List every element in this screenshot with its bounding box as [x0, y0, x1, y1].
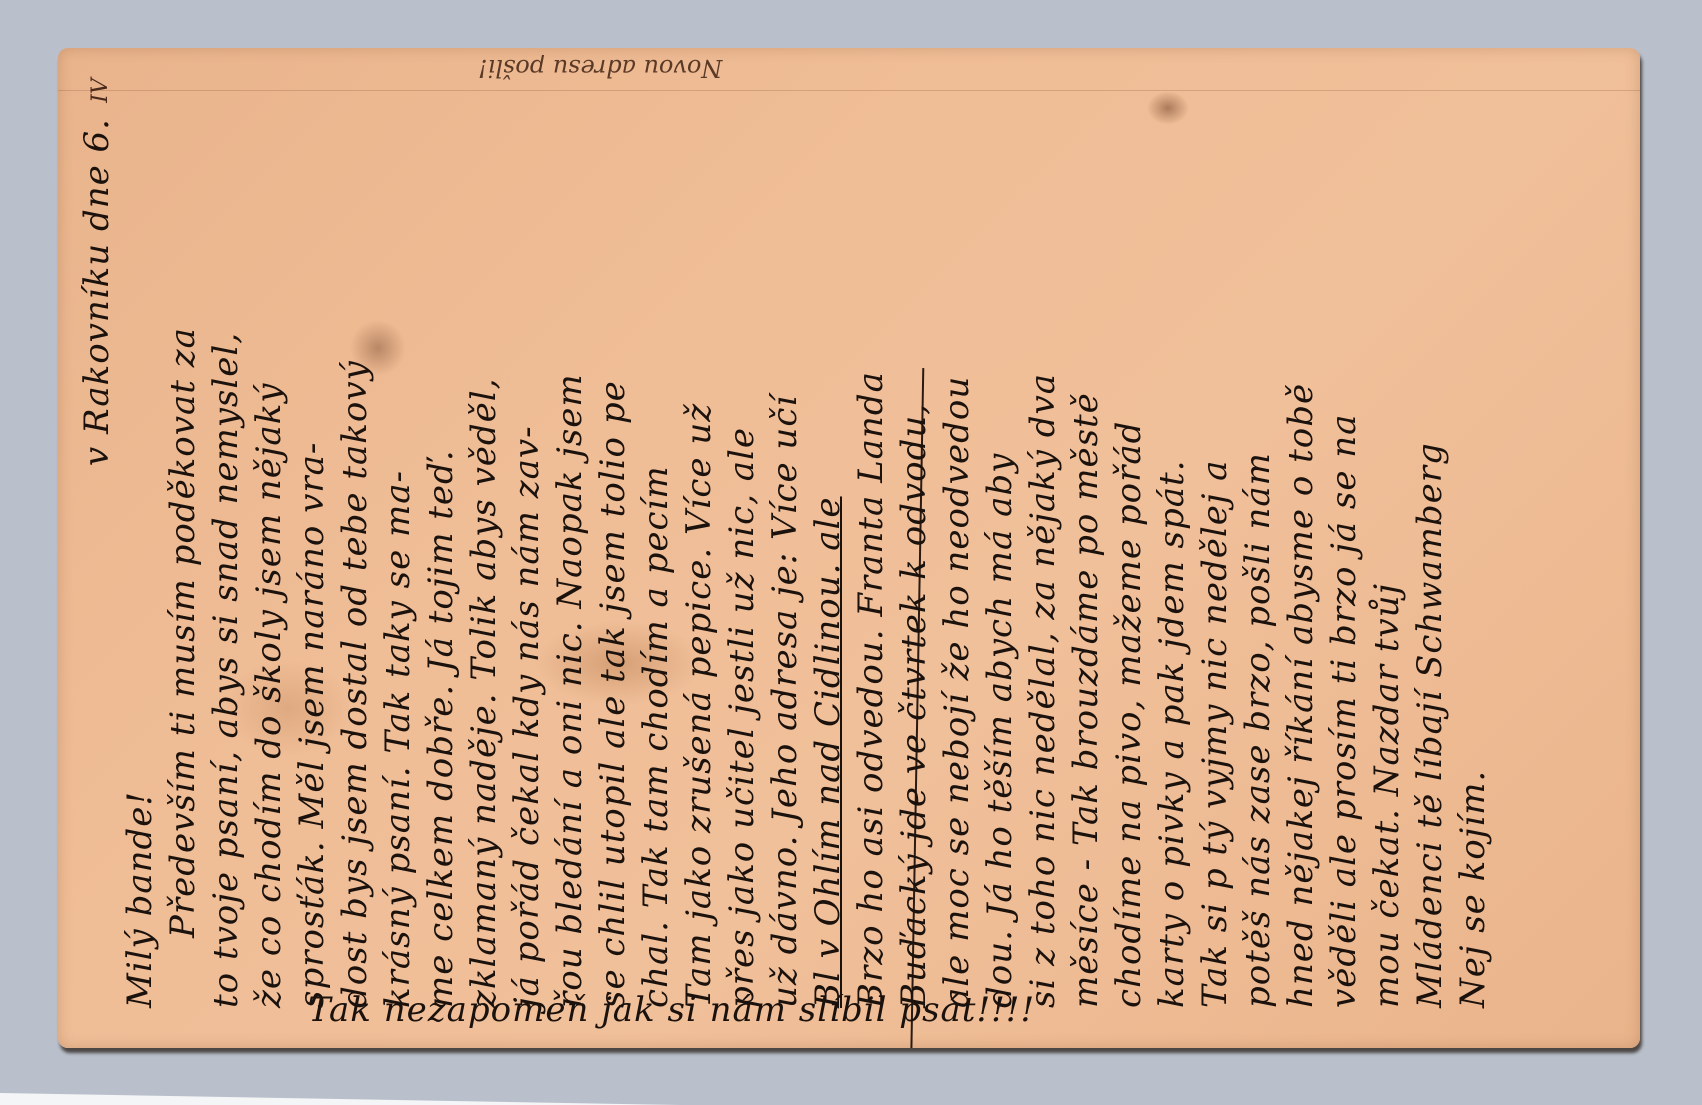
letter-line: Brzo ho asi odvedou. Franta Landa — [850, 78, 893, 1008]
letter-line: si z toho nic nedělal, za nějaký dva — [1022, 78, 1065, 1008]
letter-line: Především ti musím poděkovat za — [162, 78, 205, 1008]
letter-line: řou bledání a oni nic. Naopak jsem — [549, 78, 592, 1008]
letter-line: se chlil utopil ale tak jsem tolio pe — [592, 78, 635, 1008]
letter-line: me celkem dobře. Já tojim teď. — [420, 78, 463, 1008]
letter-line: hned nějakej říkání abysme o tobě — [1280, 78, 1323, 1008]
letter-line: už dávno. Jeho adresa je: Více učí — [764, 78, 807, 1008]
letter-line: Tam jako zrušená pepice. Více už — [678, 78, 721, 1008]
letter-line: že co chodím do školy jsem nějaký — [248, 78, 291, 1008]
letter-line: přes jako učitel jestli už nic, ale — [721, 78, 764, 1008]
postscript: Tak nezapomeň jak si nám slíbil psát!!!! — [308, 990, 1035, 1030]
letter-header-place-date: v Rakovníku dne 6. — [76, 78, 119, 1008]
letter-line: potěš nás zase brzo, pošli nám — [1237, 78, 1280, 1008]
letter-line: věděli ale prosím ti brzo já se na — [1323, 78, 1366, 1008]
letter-line: dou. Já ho těším abych má aby — [979, 78, 1022, 1008]
letter-line: zklamaný naděje. Tolik abys věděl, — [463, 78, 506, 1008]
letter-line: dost bys jsem dostal od tebe takový — [334, 78, 377, 1008]
letter-line: karty o pivky a pak jdem spát. — [1151, 78, 1194, 1008]
scan-edge — [0, 1093, 1702, 1105]
letter-line: Mládenci tě líbají Schwamberg — [1409, 78, 1452, 1008]
letter-line: Milý bande! — [119, 78, 162, 1008]
letter-line: sprosťák. Měl jsem naráno vra- — [291, 78, 334, 1008]
letter-line: Nej se kojím. — [1452, 78, 1495, 1008]
postcard: IV Novou adresu pošli! v Rakovníku dne 6… — [58, 48, 1640, 1048]
letter-line: krásný psaní. Tak taky se ma- — [377, 78, 420, 1008]
letter-line: chodíme na pivo, mažeme pořád — [1108, 78, 1151, 1008]
letter-line-underlined: Bl v Ohlím nad Cidlinou. ale — [807, 78, 850, 1008]
letter-line: já pořád čekal kdy nás nám zav- — [506, 78, 549, 1008]
letter-line: mou čekat. Nazdar tvůj — [1366, 78, 1409, 1008]
letter-line: Buďacký jde ve čtvrtek k odvodu, — [893, 78, 936, 1008]
letter-body: v Rakovníku dne 6. Milý bande! Především… — [58, 48, 1640, 1048]
letter-line: Tak si p tý vyjmy nic nedělej a — [1194, 78, 1237, 1008]
letter-line: ale moc se nebojí že ho neodvedou — [936, 78, 979, 1008]
letter-line: měsíce - Tak brouzdáme po městě — [1065, 78, 1108, 1008]
letter-line: to tvoje psaní, abys si snad nemyslel, — [205, 78, 248, 1008]
letter-line: chal. Tak tam chodím a pecím — [635, 78, 678, 1008]
